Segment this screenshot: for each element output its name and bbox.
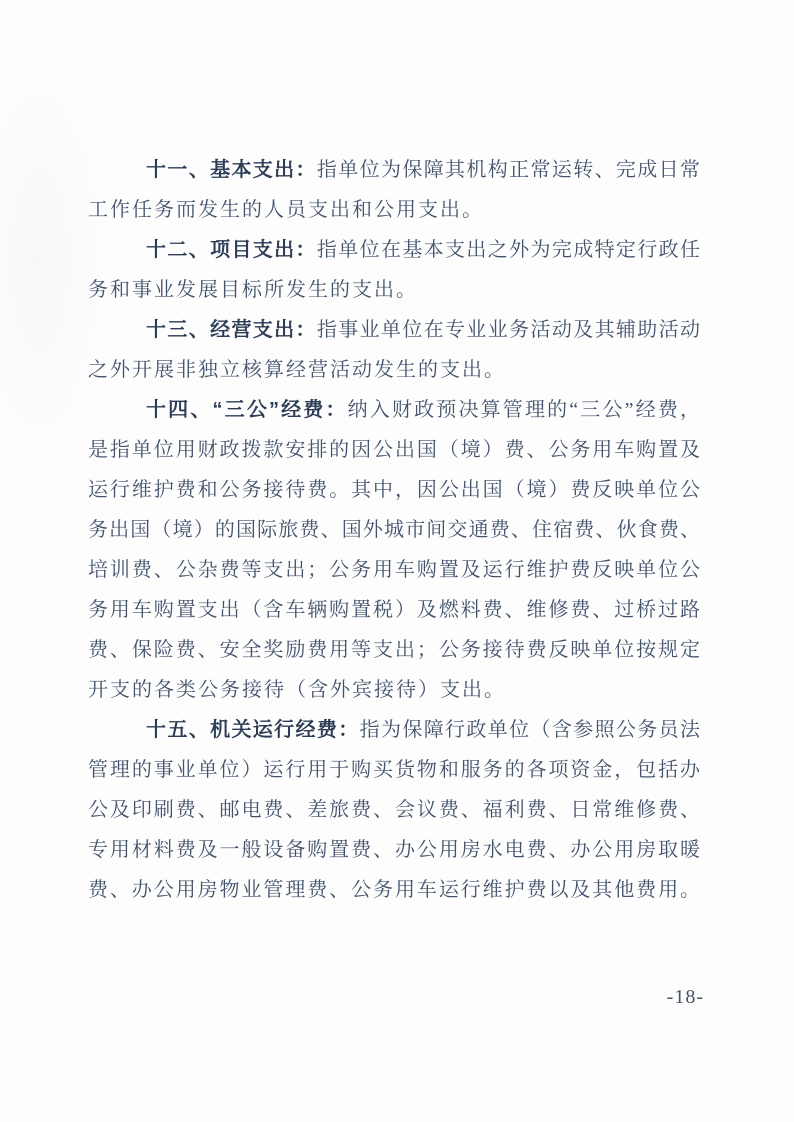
text-line: 十二、项目支出：指单位在基本支出之外为完成特定行政任 <box>88 230 700 270</box>
text-line: 务和事业发展目标所发生的支出。 <box>88 270 700 310</box>
paragraph-operating-expenditure: 十三、经营支出：指事业单位在专业业务活动及其辅助活动 之外开展非独立核算经营活动… <box>88 310 700 390</box>
definition-text: 纳入财政预决算管理的“三公”经费， <box>348 399 700 421</box>
paragraph-basic-expenditure: 十一、基本支出：指单位为保障其机构正常运转、完成日常 工作任务而发生的人员支出和… <box>88 150 700 230</box>
text-line: 运行维护费和公务接待费。其中，因公出国（境）费反映单位公 <box>88 470 700 510</box>
text-line: 是指单位用财政拨款安排的因公出国（境）费、公务用车购置及 <box>88 430 700 470</box>
text-line: 务用车购置支出（含车辆购置税）及燃料费、维修费、过桥过路 <box>88 590 700 630</box>
paragraph-agency-operating-funds: 十五、机关运行经费：指为保障行政单位（含参照公务员法 管理的事业单位）运行用于购… <box>88 710 700 910</box>
text-line: 之外开展非独立核算经营活动发生的支出。 <box>88 350 700 390</box>
definition-text: 指为保障行政单位（含参照公务员法 <box>360 719 700 741</box>
term-label: 十二、项目支出： <box>146 239 317 261</box>
text-line: 公及印刷费、邮电费、差旅费、会议费、福利费、日常维修费、 <box>88 790 700 830</box>
document-page: 十一、基本支出：指单位为保障其机构正常运转、完成日常 工作任务而发生的人员支出和… <box>0 0 794 1122</box>
text-line: 工作任务而发生的人员支出和公用支出。 <box>88 190 700 230</box>
definition-text: 指单位在基本支出之外为完成特定行政任 <box>317 239 700 261</box>
text-line: 开支的各类公务接待（含外宾接待）支出。 <box>88 670 700 710</box>
definition-text: 指单位为保障其机构正常运转、完成日常 <box>317 159 700 181</box>
text-line: 管理的事业单位）运行用于购买货物和服务的各项资金，包括办 <box>88 750 700 790</box>
text-line: 十五、机关运行经费：指为保障行政单位（含参照公务员法 <box>88 710 700 750</box>
paragraph-project-expenditure: 十二、项目支出：指单位在基本支出之外为完成特定行政任 务和事业发展目标所发生的支… <box>88 230 700 310</box>
definition-text: 指事业单位在专业业务活动及其辅助活动 <box>317 319 700 341</box>
text-line: 十一、基本支出：指单位为保障其机构正常运转、完成日常 <box>88 150 700 190</box>
term-label: 十四、“三公”经费： <box>146 399 348 421</box>
term-label: 十五、机关运行经费： <box>146 719 360 741</box>
page-number: -18- <box>667 982 704 1012</box>
text-line: 十三、经营支出：指事业单位在专业业务活动及其辅助活动 <box>88 310 700 350</box>
text-line: 专用材料费及一般设备购置费、办公用房水电费、办公用房取暖 <box>88 830 700 870</box>
term-label: 十三、经营支出： <box>146 319 317 341</box>
paragraph-three-public-funds: 十四、“三公”经费：纳入财政预决算管理的“三公”经费， 是指单位用财政拨款安排的… <box>88 390 700 710</box>
text-line: 费、保险费、安全奖励费用等支出；公务接待费反映单位按规定 <box>88 630 700 670</box>
text-line: 务出国（境）的国际旅费、国外城市间交通费、住宿费、伙食费、 <box>88 510 700 550</box>
term-label: 十一、基本支出： <box>146 159 317 181</box>
text-line: 培训费、公杂费等支出；公务用车购置及运行维护费反映单位公 <box>88 550 700 590</box>
text-line: 十四、“三公”经费：纳入财政预决算管理的“三公”经费， <box>88 390 700 430</box>
document-body: 十一、基本支出：指单位为保障其机构正常运转、完成日常 工作任务而发生的人员支出和… <box>88 150 700 910</box>
text-line: 费、办公用房物业管理费、公务用车运行维护费以及其他费用。 <box>88 870 700 910</box>
